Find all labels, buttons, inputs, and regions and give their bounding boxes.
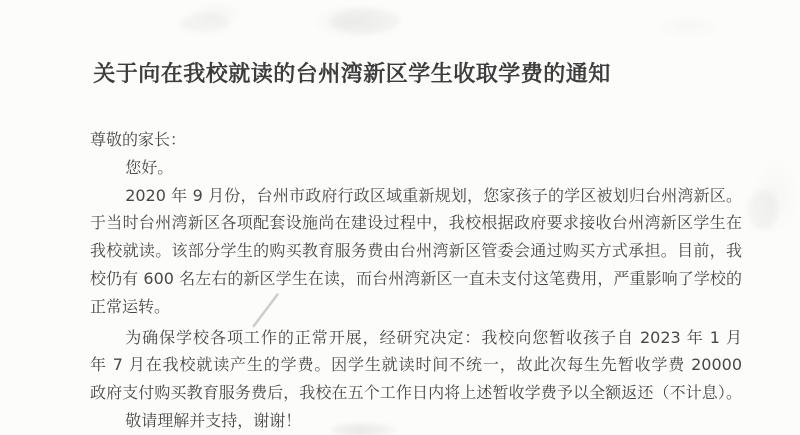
salutation-line: 尊敬的家长：: [90, 126, 742, 154]
body-line: 正常运转。: [90, 293, 742, 321]
scan-smudge: [330, 424, 396, 435]
body-line: 为确保学校各项工作的正常开展，经研究决定：我校向您暂收孩子自 2023 年 1 …: [90, 324, 742, 352]
greeting-line: 您好。: [90, 154, 742, 182]
body-line: 校仍有 600 名左右的新区学生在读，而台州湾新区一直未支付这笔费用，严重影响了…: [90, 265, 742, 293]
document-body: 尊敬的家长： 您好。 2020 年 9 月份，台州市政府行政区域重新规划，您家孩…: [90, 126, 742, 435]
scan-smudge: [748, 190, 778, 230]
body-line: 于当时台州湾新区各项配套设施尚在建设过程中，我校根据政府要求接收台州湾新区学生在: [90, 209, 742, 237]
scanned-notice-page: 关于向在我校就读的台州湾新区学生收取学费的通知 尊敬的家长： 您好。 2020 …: [0, 0, 800, 435]
scan-smudge: [330, 8, 400, 34]
body-line: 我校就读。该部分学生的购买教育服务费由台州湾新区管委会通过购买方式承担。目前，我: [90, 237, 742, 265]
body-line: 政府支付购买教育服务费后，我校在五个工作日内将上述暂收学费予以全额返还（不计息）…: [90, 379, 742, 407]
scan-smudge: [180, 14, 230, 32]
body-line: 2020 年 9 月份，台州市政府行政区域重新规划，您家孩子的学区被划归台州湾新…: [90, 182, 742, 210]
document-title: 关于向在我校就读的台州湾新区学生收取学费的通知: [0, 57, 704, 88]
body-line: 年 7 月在我校就读产生的学费。因学生就读时间不统一，故此次每生先暂收学费 20…: [90, 351, 742, 379]
closing-line: 敬请理解并支持，谢谢！: [90, 407, 742, 435]
